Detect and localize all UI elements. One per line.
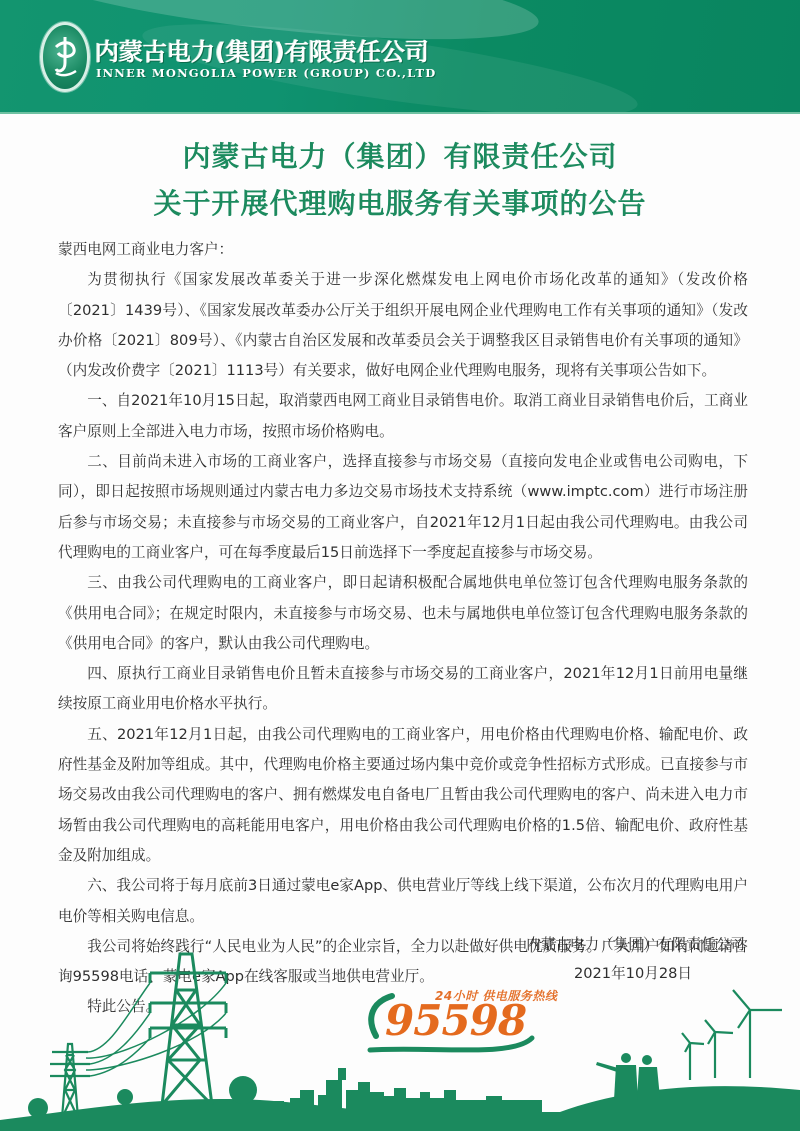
paragraph-item-2: 二、目前尚未进入市场的工商业客户，选择直接参与市场交易（直接向发电企业或售电公司… <box>58 447 748 568</box>
paragraph-item-5: 五、2021年12月1日起，由我公司代理购电的工商业客户，用电价格由代理购电价格… <box>58 720 748 871</box>
paragraph-intro: 为贯彻执行《国家发展改革委关于进一步深化燃煤发电上网电价市场化改革的通知》（发改… <box>58 265 748 386</box>
header-banner: 内蒙古电力(集团)有限责任公司 INNER MONGOLIA POWER (GR… <box>0 0 800 114</box>
company-logo-emblem-icon <box>40 22 90 92</box>
salutation: 蒙西电网工商业电力客户： <box>58 235 748 265</box>
company-name-cn: 内蒙古电力(集团)有限责任公司 <box>95 32 429 67</box>
company-name-en: INNER MONGOLIA POWER (GROUP) CO.,LTD <box>96 66 436 80</box>
paragraph-item-1: 一、自2021年10月15日起，取消蒙西电网工商业目录销售电价。取消工商业目录销… <box>58 386 748 447</box>
paragraph-item-4: 四、原执行工商业目录销售电价且暂未直接参与市场交易的工商业客户，2021年12月… <box>58 659 748 720</box>
notice-title-line1: 内蒙古电力（集团）有限责任公司 <box>0 135 800 175</box>
paragraph-item-3: 三、由我公司代理购电的工商业客户，即日起请积极配合属地供电单位签订包含代理购电服… <box>58 568 748 659</box>
notice-body: 蒙西电网工商业电力客户： 为贯彻执行《国家发展改革委关于进一步深化燃煤发电上网电… <box>58 235 748 1023</box>
hotline-number: 95598 <box>385 996 526 1045</box>
notice-title-line2: 关于开展代理购电服务有关事项的公告 <box>0 182 800 222</box>
paragraph-item-6: 六、我公司将于每月底前3日通过蒙电e家App、供电营业厅等线上线下渠道，公布次月… <box>58 871 748 932</box>
